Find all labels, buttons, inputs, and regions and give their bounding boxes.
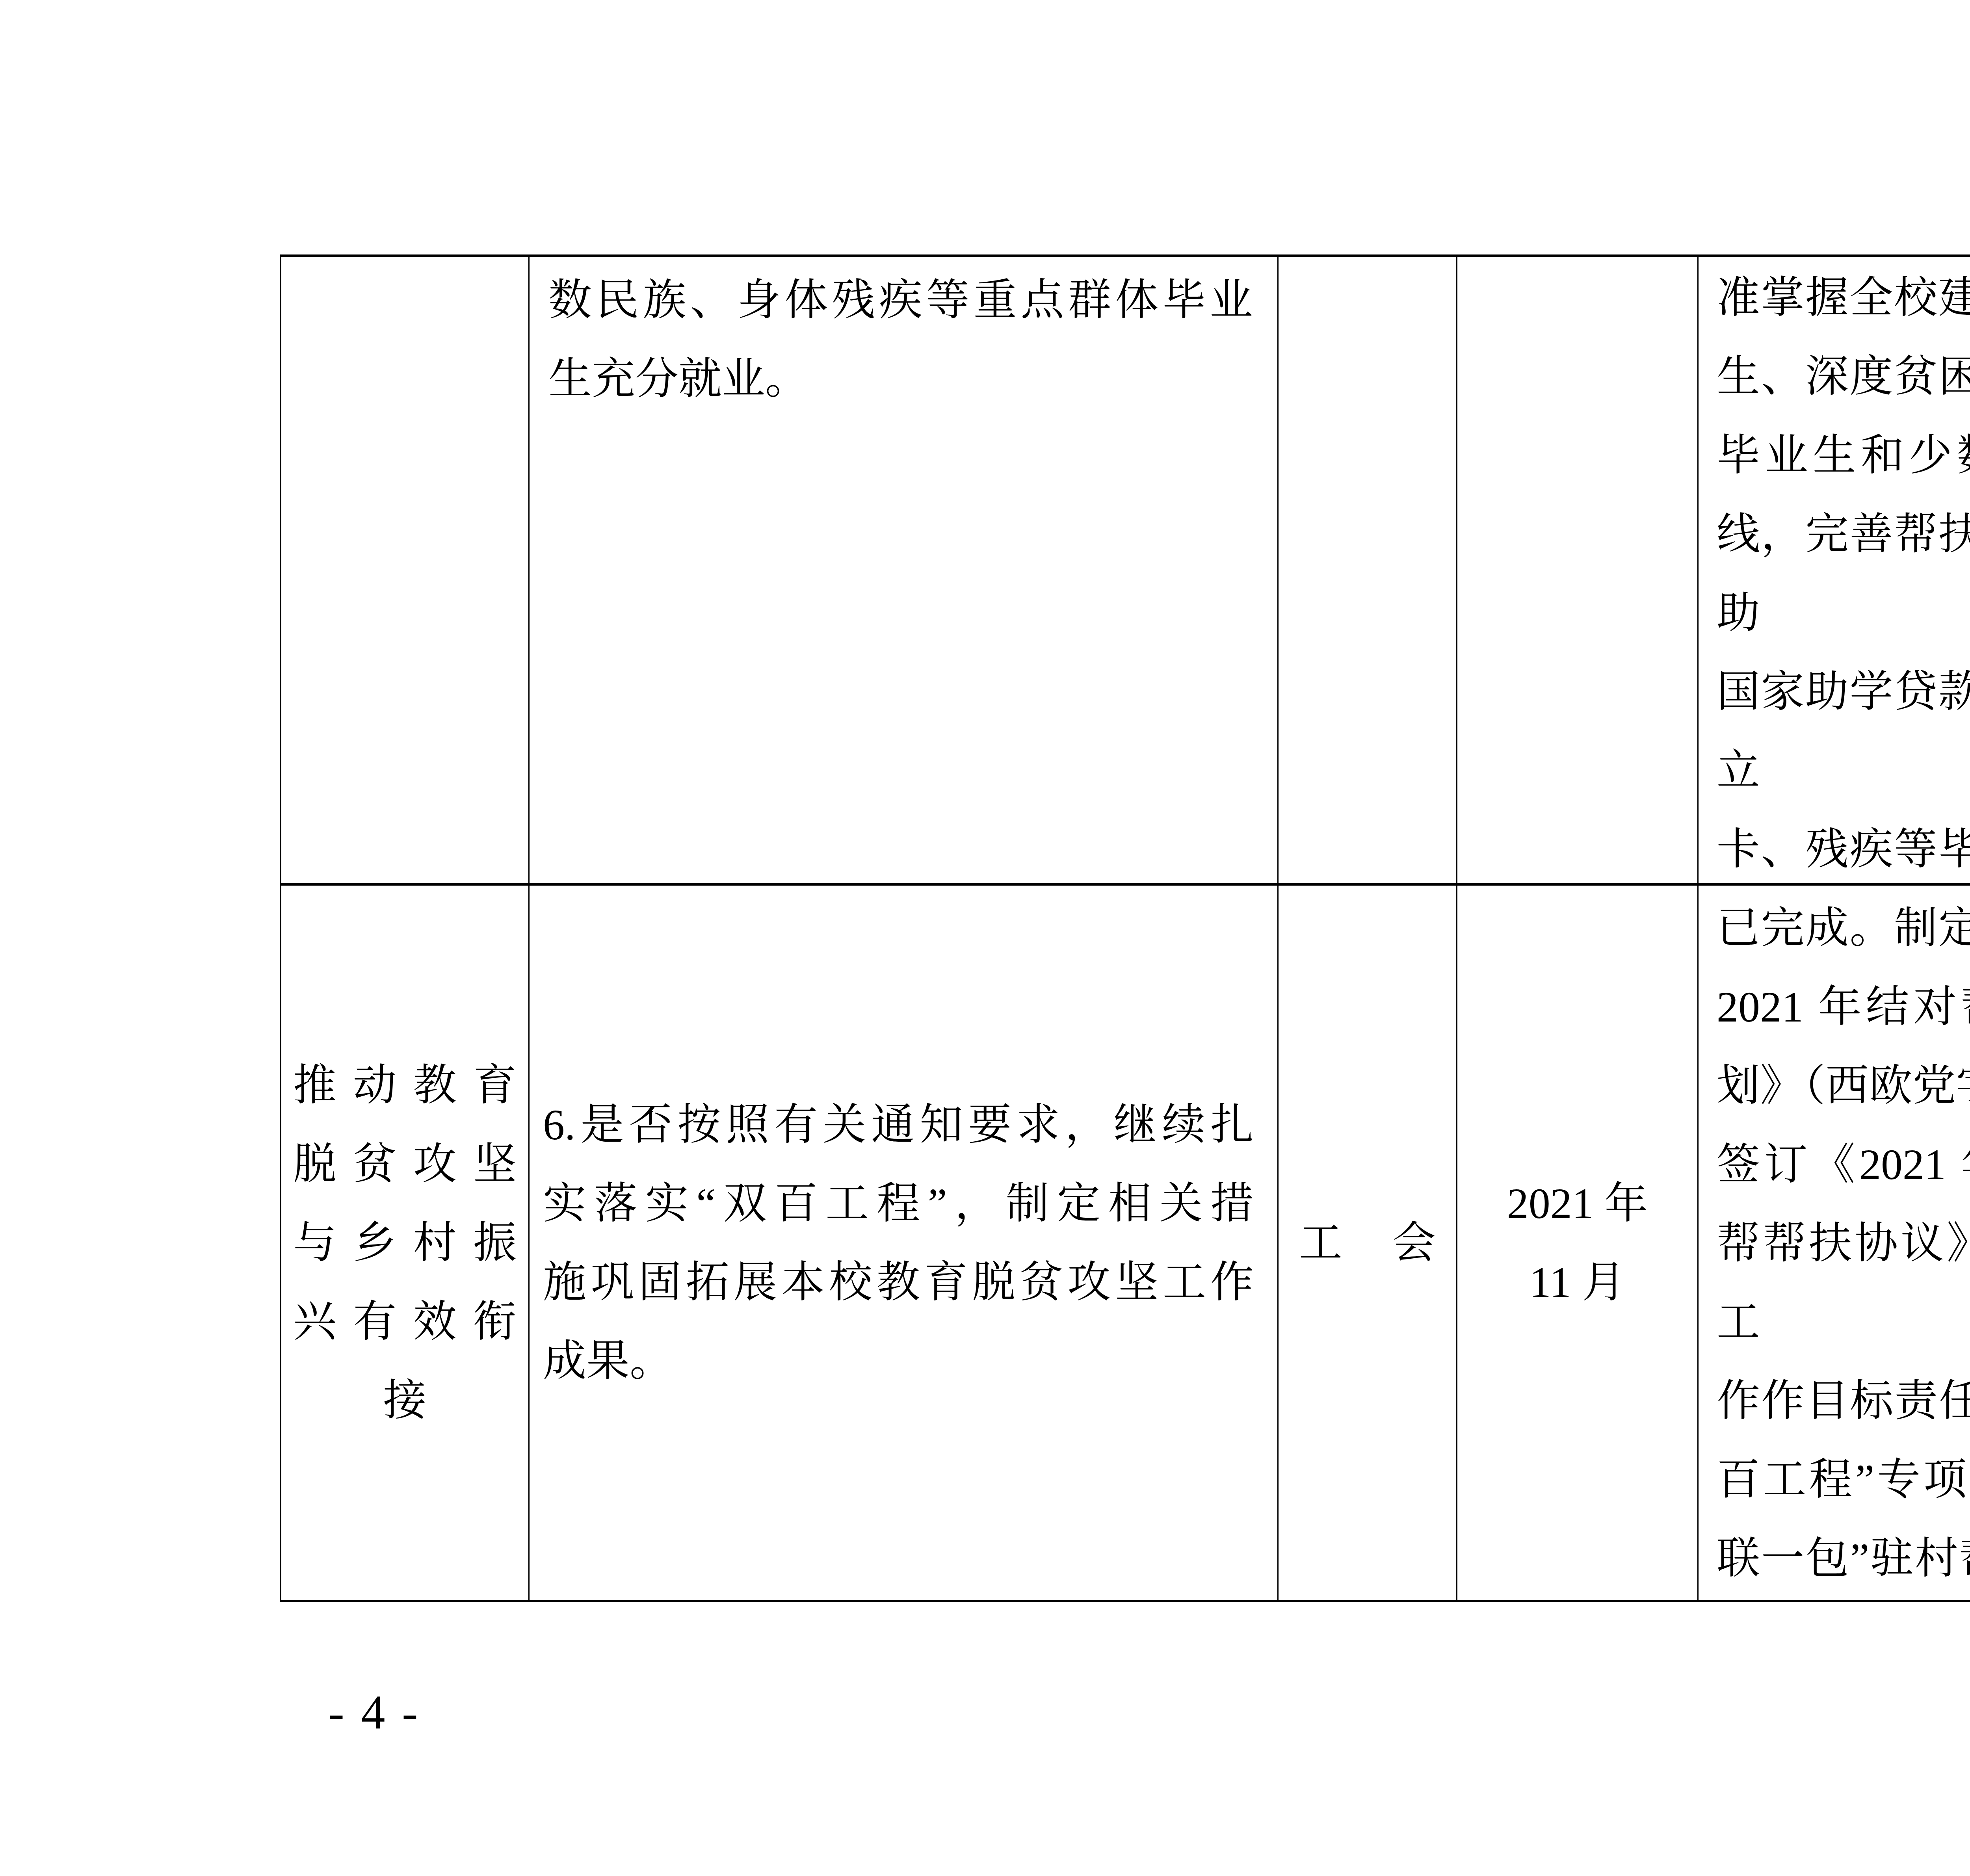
cell-row2-time: 2021 年11 月: [1457, 886, 1699, 1600]
text-line: 成果。: [543, 1322, 1254, 1400]
text-line: 准掌握全校建档立卡家高庭毕业: [1717, 258, 1970, 337]
page-number: - 4 -: [315, 1681, 433, 1744]
document-page: 数民族、身体残疾等重点群体毕业生充分就业。 准掌握全校建档立卡家高庭毕业生、深度…: [0, 0, 1970, 1876]
text-line: 接: [293, 1361, 517, 1440]
text-line: 帮帮扶协议》《子洲县消费扶贫工: [1717, 1204, 1970, 1361]
text-line: 实落实“双百工程”，制定相关措: [543, 1164, 1254, 1243]
text-line: 数民族、身体残疾等重点群体毕业: [548, 261, 1253, 340]
text-line: 2021 年结对帮扶清涧县工作计: [1717, 968, 1970, 1046]
cell-row1-time: [1457, 257, 1699, 886]
text-line: 已完成。制定了《西安欧亚学院: [1717, 889, 1970, 968]
text-line: 与乡村振: [293, 1204, 517, 1282]
cell-row2-category: 推动教育脱贫攻坚与乡村振兴有效衔接: [281, 886, 530, 1600]
text-line: 毕业生和少数民族毕业生的底: [1717, 416, 1970, 495]
text-line: 作作目标责任书》，足额划拨“双: [1717, 1361, 1970, 1440]
text-line: 2021 年: [1461, 1164, 1693, 1243]
cell-row1-category: [281, 257, 530, 886]
text-line: 卡、残疾等毕业生申请求职创业: [1717, 810, 1970, 886]
text-line: 联一包”驻村帮扶专项资金 20 万: [1717, 1519, 1970, 1598]
text-line: 百工程”专项资金 50 万元和“两: [1717, 1440, 1970, 1519]
cell-row1-status: 准掌握全校建档立卡家高庭毕业生、深度贫困地区家庭经济困难毕业生和少数民族毕业生的…: [1699, 257, 1970, 886]
text-line: 脱贫攻坚: [293, 1125, 517, 1204]
cell-row2-unit: 工 会: [1279, 886, 1457, 1600]
cell-row2-status: 已完成。制定了《西安欧亚学院2021 年结对帮扶清涧县工作计划》（西欧党字〔20…: [1699, 886, 1970, 1600]
text-line: 6.是否按照有关通知要求，继续扎: [543, 1085, 1254, 1164]
text-line: 推动教育: [293, 1046, 517, 1125]
text-line: 线，完善帮扶工作台帐。积极帮助: [1717, 495, 1970, 652]
work-progress-table: 数民族、身体残疾等重点群体毕业生充分就业。 准掌握全校建档立卡家高庭毕业生、深度…: [280, 254, 1970, 1602]
text-line: 签订《2021 年“双百工程”结对: [1717, 1125, 1970, 1204]
cell-row2-task: 6.是否按照有关通知要求，继续扎实落实“双百工程”，制定相关措施巩固拓展本校教育…: [530, 886, 1279, 1600]
unit-label: 工 会: [1299, 1204, 1436, 1282]
text-line: 兴有效衔: [293, 1282, 517, 1361]
text-line: 11 月: [1461, 1243, 1693, 1322]
text-line: 国家助学贷款、家庭困难、建档立: [1717, 652, 1970, 810]
text-line: 施巩固拓展本校教育脱贫攻坚工作: [543, 1243, 1254, 1322]
cell-row1-unit: [1279, 257, 1457, 886]
text-line: 生、深度贫困地区家庭经济困难: [1717, 337, 1970, 416]
text-line: 生充分就业。: [548, 340, 1253, 418]
text-line: 元。截止 6 月底，学校累计完成: [1717, 1598, 1970, 1600]
cell-row1-task: 数民族、身体残疾等重点群体毕业生充分就业。: [530, 257, 1279, 886]
text-line: 划》（西欧党字〔2021〕23 号），: [1717, 1046, 1970, 1125]
